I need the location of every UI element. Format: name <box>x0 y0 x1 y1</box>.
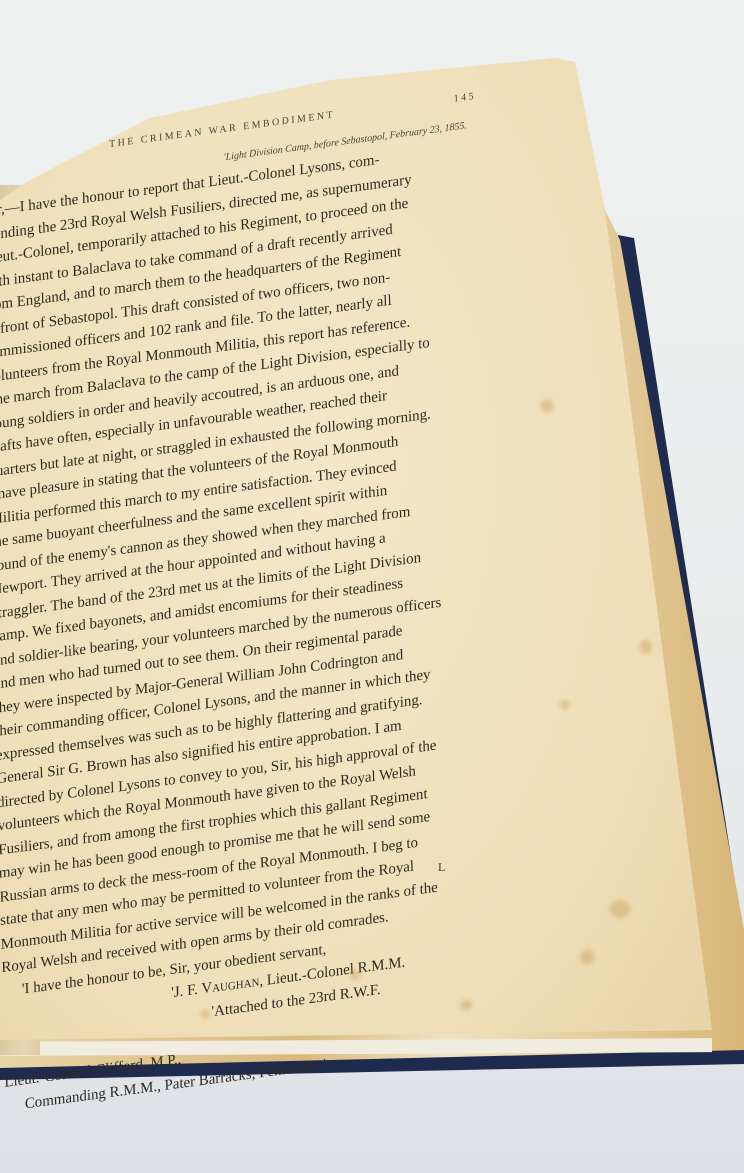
page-text: THE CRIMEAN WAR EMBODIMENT 145 'Light Di… <box>0 85 501 1119</box>
page-number: 145 <box>453 85 476 112</box>
signature-mark: L <box>438 860 445 875</box>
book-photo: THE CRIMEAN WAR EMBODIMENT 145 'Light Di… <box>0 0 744 1173</box>
letter-body: 'Sir,—I have the honour to report that L… <box>0 136 497 981</box>
